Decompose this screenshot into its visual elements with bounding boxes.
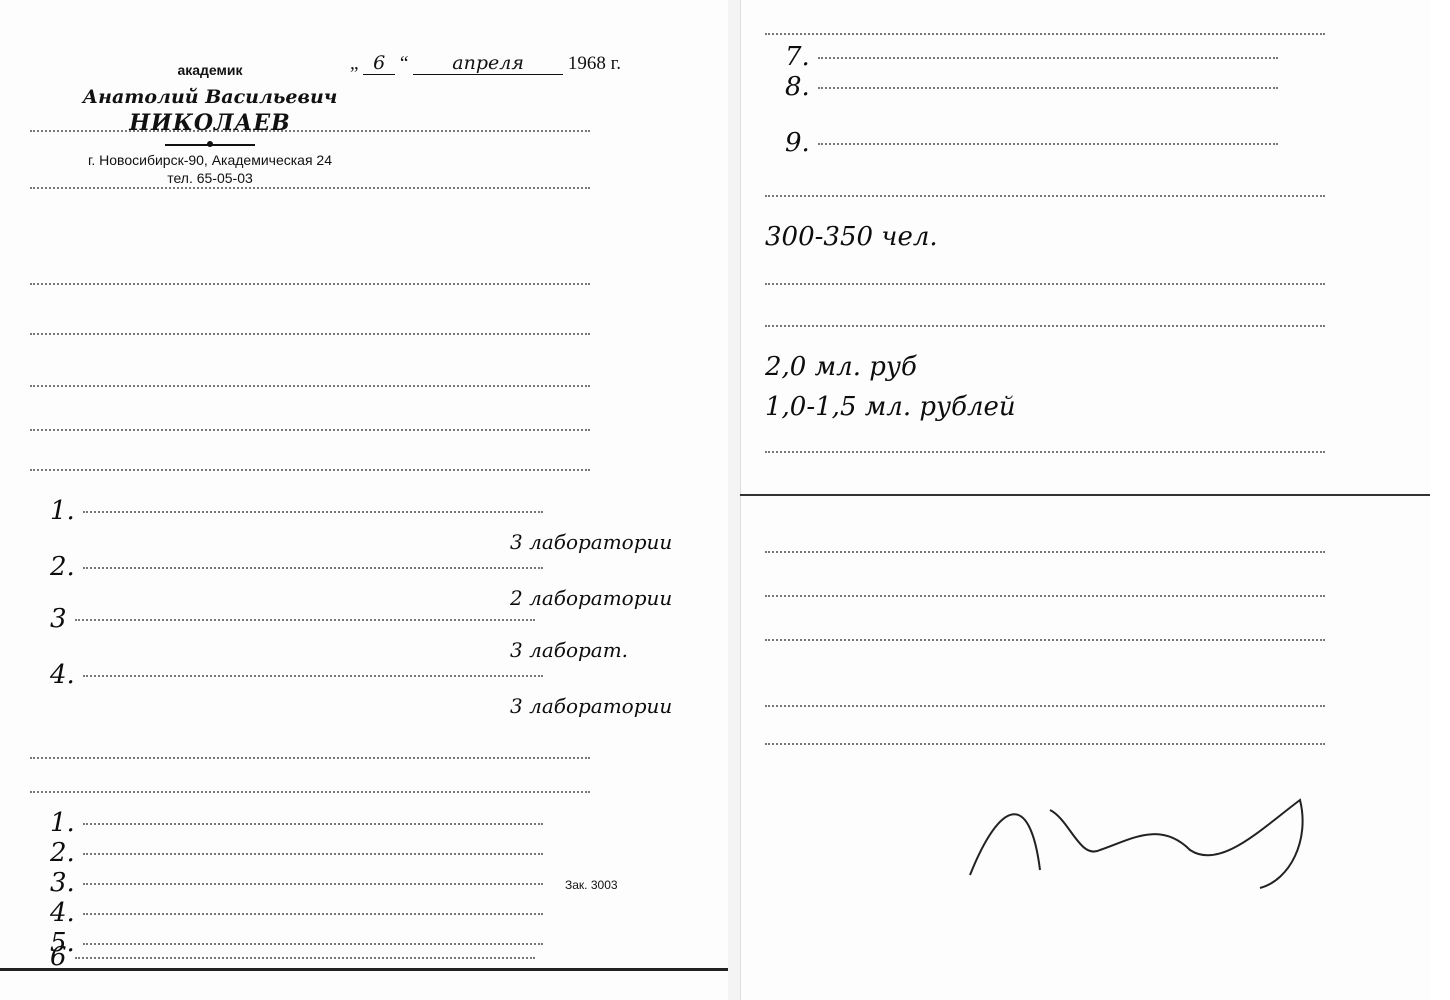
- illegible-handwriting: [30, 333, 590, 335]
- page-1-line-list-item: 1.: [50, 808, 543, 838]
- list-marker: 7.: [785, 42, 818, 72]
- page-1-line-list-item: 3.: [50, 868, 543, 898]
- page-1-line-list-item: 4.: [50, 898, 543, 928]
- illegible-handwriting: [765, 551, 1325, 553]
- page-gutter: [728, 0, 740, 1000]
- illegible-handwriting: [83, 853, 543, 855]
- page-2-line-closing: [765, 728, 1325, 758]
- lab-count-note: 3 лаборат.: [510, 638, 628, 662]
- date-open-quote: „: [350, 53, 358, 74]
- page-2-line-body: [765, 268, 1325, 298]
- illegible-handwriting: [765, 639, 1325, 641]
- page-2-line-closing: [765, 690, 1325, 720]
- illegible-handwriting: [765, 283, 1325, 285]
- dateline: „ 6 “ апреля 1968 г.: [350, 52, 621, 75]
- illegible-handwriting: [30, 283, 590, 285]
- page-2-line-body: [765, 180, 1325, 210]
- page-2-line-list-item: 8.: [785, 72, 1278, 102]
- letterhead-name: Анатолий Васильевич: [60, 86, 360, 108]
- list-marker: 1.: [50, 496, 83, 526]
- list-marker: 2.: [50, 552, 83, 582]
- date-month: апреля: [413, 52, 563, 75]
- list-marker: 4.: [50, 898, 83, 928]
- list-marker: 8.: [785, 72, 818, 102]
- page-1-line-list-item: 4.: [50, 660, 543, 690]
- list-marker: 2.: [50, 838, 83, 868]
- page-2-line-body: [765, 580, 1325, 610]
- illegible-handwriting: [30, 130, 590, 132]
- date-day: 6: [363, 52, 395, 75]
- page-2-fold-line: [740, 494, 1430, 496]
- illegible-handwriting: [765, 33, 1325, 35]
- date-year: 1968 г.: [568, 53, 621, 74]
- page-1-line-body: [30, 454, 590, 484]
- date-close-quote: “: [400, 53, 408, 74]
- page-2-line-amount: 2,0 мл. руб: [765, 352, 917, 382]
- lab-count-note: 3 лаборатории: [510, 530, 672, 554]
- illegible-handwriting: [765, 195, 1325, 197]
- list-marker: 3: [50, 604, 75, 634]
- illegible-handwriting: [30, 757, 590, 759]
- illegible-handwriting: [83, 675, 543, 677]
- page-1-line-body: [30, 268, 590, 298]
- page-1-line-list-item: 3: [50, 604, 535, 634]
- illegible-handwriting: [30, 791, 590, 793]
- illegible-handwriting: [83, 883, 543, 885]
- signature-mark: [960, 780, 1330, 890]
- page-2-line-body: [765, 624, 1325, 654]
- page-2-line-body: [765, 536, 1325, 566]
- page-2-line-body: [765, 310, 1325, 340]
- page-1-line-body: [30, 776, 590, 806]
- handwritten-text: 300-350 чел.: [765, 222, 938, 252]
- illegible-handwriting: [818, 57, 1278, 59]
- page-2-line-list-item: 7.: [785, 42, 1278, 72]
- page-1-line-list-item: 2.: [50, 552, 543, 582]
- page-1-line-body: [30, 370, 590, 400]
- illegible-handwriting: [83, 567, 543, 569]
- lab-count-note: 3 лаборатории: [510, 694, 672, 718]
- illegible-handwriting: [818, 87, 1278, 89]
- illegible-handwriting: [818, 143, 1278, 145]
- illegible-handwriting: [30, 429, 590, 431]
- list-marker: 4.: [50, 660, 83, 690]
- illegible-handwriting: [30, 187, 590, 189]
- page-2-line-list-item: 9.: [785, 128, 1278, 158]
- letterhead-address: г. Новосибирск-90, Академическая 24: [60, 152, 360, 168]
- list-marker: 6: [50, 942, 75, 972]
- page-2-line-amount: 1,0-1,5 мл. рублей: [765, 392, 1016, 422]
- illegible-handwriting: [75, 619, 535, 621]
- list-marker: 1.: [50, 808, 83, 838]
- illegible-handwriting: [83, 913, 543, 915]
- printer-order-mark: Зак. 3003: [565, 878, 618, 892]
- page-1-line-body: [30, 414, 590, 444]
- illegible-handwriting: [30, 469, 590, 471]
- list-marker: 3.: [50, 868, 83, 898]
- letterhead-title: академик: [60, 62, 360, 78]
- handwritten-text: 2,0 мл. руб: [765, 352, 917, 382]
- list-marker: 9.: [785, 128, 818, 158]
- page-1-line-salutation: [30, 115, 590, 145]
- page-1-line-list-item: 2.: [50, 838, 543, 868]
- illegible-handwriting: [30, 385, 590, 387]
- illegible-handwriting: [75, 957, 535, 959]
- illegible-handwriting: [765, 595, 1325, 597]
- illegible-handwriting: [83, 511, 543, 513]
- page-2-line-body: [765, 436, 1325, 466]
- page-1-line-body: [30, 318, 590, 348]
- page-1-line-body: [30, 742, 590, 772]
- illegible-handwriting: [765, 451, 1325, 453]
- illegible-handwriting: [765, 705, 1325, 707]
- handwritten-text: 1,0-1,5 мл. рублей: [765, 392, 1016, 422]
- illegible-handwriting: [83, 823, 543, 825]
- page-2-line-figure: 300-350 чел.: [765, 222, 938, 252]
- illegible-handwriting: [765, 743, 1325, 745]
- illegible-handwriting: [765, 325, 1325, 327]
- page-1-line-list-item: 1.: [50, 496, 543, 526]
- page-1-line-salutation: [30, 172, 590, 202]
- page-1-line-list-item: 6: [50, 942, 535, 972]
